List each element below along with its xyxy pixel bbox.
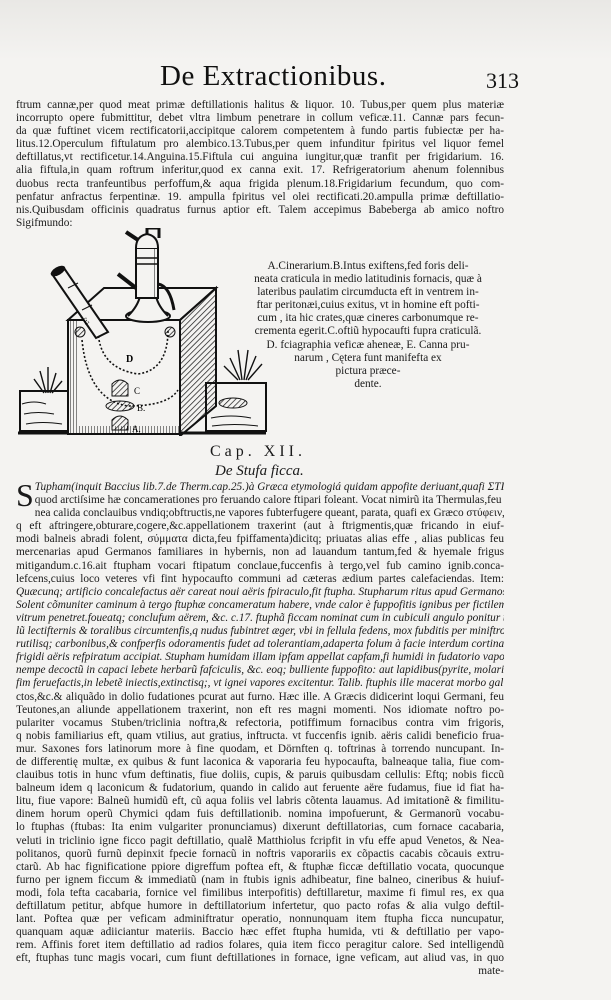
intro-paragraph: ftrum cannæ,per quod meat primæ deftilla… — [16, 99, 504, 230]
figure-caption: A.Cinerarium.B.Intus exiftens,fed foris … — [218, 260, 518, 391]
text-line: deftillatum petitur, abfque humore in de… — [16, 900, 504, 913]
text-line: lũ lectifternis & toralibus circumtenfis… — [16, 625, 504, 638]
text-line: dente. — [218, 378, 518, 391]
text-line: nempe decoctũ in capaci lebete herbarũ f… — [16, 664, 504, 677]
text-line: incorrupto opere fubmittitur, debet vltr… — [16, 112, 504, 125]
svg-text:B.: B. — [137, 403, 145, 413]
scan-shadow — [0, 0, 611, 60]
text-line: lant. Poftea quæ per veficam adminiftrat… — [16, 913, 504, 926]
running-title: De Extractionibus. — [160, 60, 386, 93]
text-line: pictura præce- — [218, 365, 518, 378]
drop-cap: S — [16, 482, 34, 508]
text-line: neata craticula in medio latitudinis for… — [218, 273, 518, 286]
chapter-heading: Cap. XII. — [210, 443, 306, 461]
text-line: veluti in triclinio igne ficco pagit def… — [16, 835, 504, 848]
svg-text:C: C — [134, 386, 140, 396]
text-line: lateribus paulatim circumducta eft in ve… — [218, 286, 518, 299]
text-line: nis.Quibusdam officinis quadratus furnus… — [16, 204, 504, 217]
text-line: q eft aftringere,obturare,cogere,&c.appe… — [16, 520, 504, 533]
text-line: alia fiftula,in quam roftrum inferitur,q… — [16, 164, 504, 177]
text-line: q nobis familiarius eft, quam vtilius, a… — [16, 730, 504, 743]
text-line: politanos, quorũ furnũ depinxit fpecie f… — [16, 848, 504, 861]
text-line: A.Cinerarium.B.Intus exiftens,fed foris … — [218, 260, 518, 273]
text-line: de differentię multæ, ex quibus & funt l… — [16, 756, 504, 769]
text-line: frigidi aëris refpiratum accipiat. Stuph… — [16, 651, 504, 664]
text-line: quod arctiſsime hæ concamerationes pro f… — [35, 494, 504, 507]
text-line: nea calida conclauibus vndiq;obftructis,… — [35, 507, 504, 520]
text-line: Teutones,an aliunde appellationem traxer… — [16, 704, 504, 717]
text-line: vitrum penetret.foueatq; conclufum aërem… — [16, 612, 504, 625]
text-line: D. fciagraphia veficæ aheneæ, E. Canna p… — [218, 339, 518, 352]
text-line: mercenarias apud Germanos familiares in … — [16, 546, 504, 559]
text-line: mitigandum.c.16.ait ftupham vocari ftipa… — [16, 560, 504, 573]
text-line: rutilisq; carbonibus,& confperfis odoram… — [16, 638, 504, 651]
text-line: penfatur anfractus ferpentinæ. 19. ampul… — [16, 191, 504, 204]
text-line: narum , Cętera funt manifefta ex — [218, 352, 518, 365]
text-line: ctarũ. Ab hac fignificatione ppiore digr… — [16, 861, 504, 874]
text-line: furno per ignem ficcum & immediatũ (nam … — [16, 874, 504, 887]
text-line: ftar peritonæi,cuius exitus, vt in homin… — [218, 299, 518, 312]
page-number: 313 — [486, 68, 519, 94]
text-line: litus.12.Operculum fiftulatum pro alembi… — [16, 138, 504, 151]
chapter-subtitle: De Stufa ficca. — [215, 463, 304, 480]
text-line: pulariter vocamus Stuben/triclinia noftr… — [16, 717, 504, 730]
text-line: deftillatus,vt rectificetur.14.Anguina.1… — [16, 151, 504, 164]
text-line: modi balneis abradi folent, σύμματα dict… — [16, 533, 504, 546]
chapter-body-text: S Tupham(inquit Baccius lib.7.de Therm.c… — [16, 481, 504, 979]
text-line: crementa egerit.C.oftiũ hypocaufti fupra… — [218, 325, 518, 338]
text-line: quanquam aquæ adiiciantur materiis. Bacc… — [16, 926, 504, 939]
text-line: modi, fola tefta cacabaria, fornice vel … — [16, 887, 504, 900]
text-line: lo ftuphas (ftubas: Ita enim vulgariter … — [16, 821, 504, 834]
text-line: Tupham(inquit Baccius lib.7.de Therm.cap… — [35, 481, 504, 494]
text-line: clauibus totis in hunc vfum deftinatis, … — [16, 769, 504, 782]
svg-text:A.: A. — [132, 424, 141, 434]
text-line: eft, ftuphas tunc magis vocari, cum fiun… — [16, 952, 504, 965]
text-line: ftrum cannæ,per quod meat primæ deftilla… — [16, 99, 504, 112]
text-line: ctos,&c.& aliquãdo in dolio fudationes p… — [16, 691, 504, 704]
text-line: mur. Saxones fors latinorum more à fine … — [16, 743, 504, 756]
text-line: rem. Affinis foret item deftillatio ad r… — [16, 939, 504, 952]
text-line: lefcens,cuius loco veteres vfi fint hypo… — [16, 573, 504, 586]
book-page: De Extractionibus. 313 ftrum cannæ,per q… — [0, 0, 611, 1000]
text-line: cum , ita hic crates,quæ cineres carbonu… — [218, 312, 518, 325]
text-line: balneum idem q laconicum & fudatorium, q… — [16, 782, 504, 795]
svg-text:D: D — [126, 354, 133, 365]
text-line: fim feruefactis,in lebetẽ iniectis,extin… — [16, 677, 504, 690]
text-line: litu, fiue vapore: Balneũ humidũ eft, cũ… — [16, 795, 504, 808]
text-line: Solent cõmuniter caminum à tergo ftuphæ … — [16, 599, 504, 612]
text-line: duobus recta tranfeuntibus perfoffum,& a… — [16, 178, 504, 191]
text-line: dinem horum operũ Chymici qdam fuis deft… — [16, 808, 504, 821]
page-header: De Extractionibus. 313 — [0, 60, 611, 100]
text-line: da quæ fuftinet vicem rectificatorii,acc… — [16, 125, 504, 138]
text-line: Quæcunq; artificio concalefactus aër car… — [16, 586, 504, 599]
catchword: mate- — [16, 965, 504, 978]
